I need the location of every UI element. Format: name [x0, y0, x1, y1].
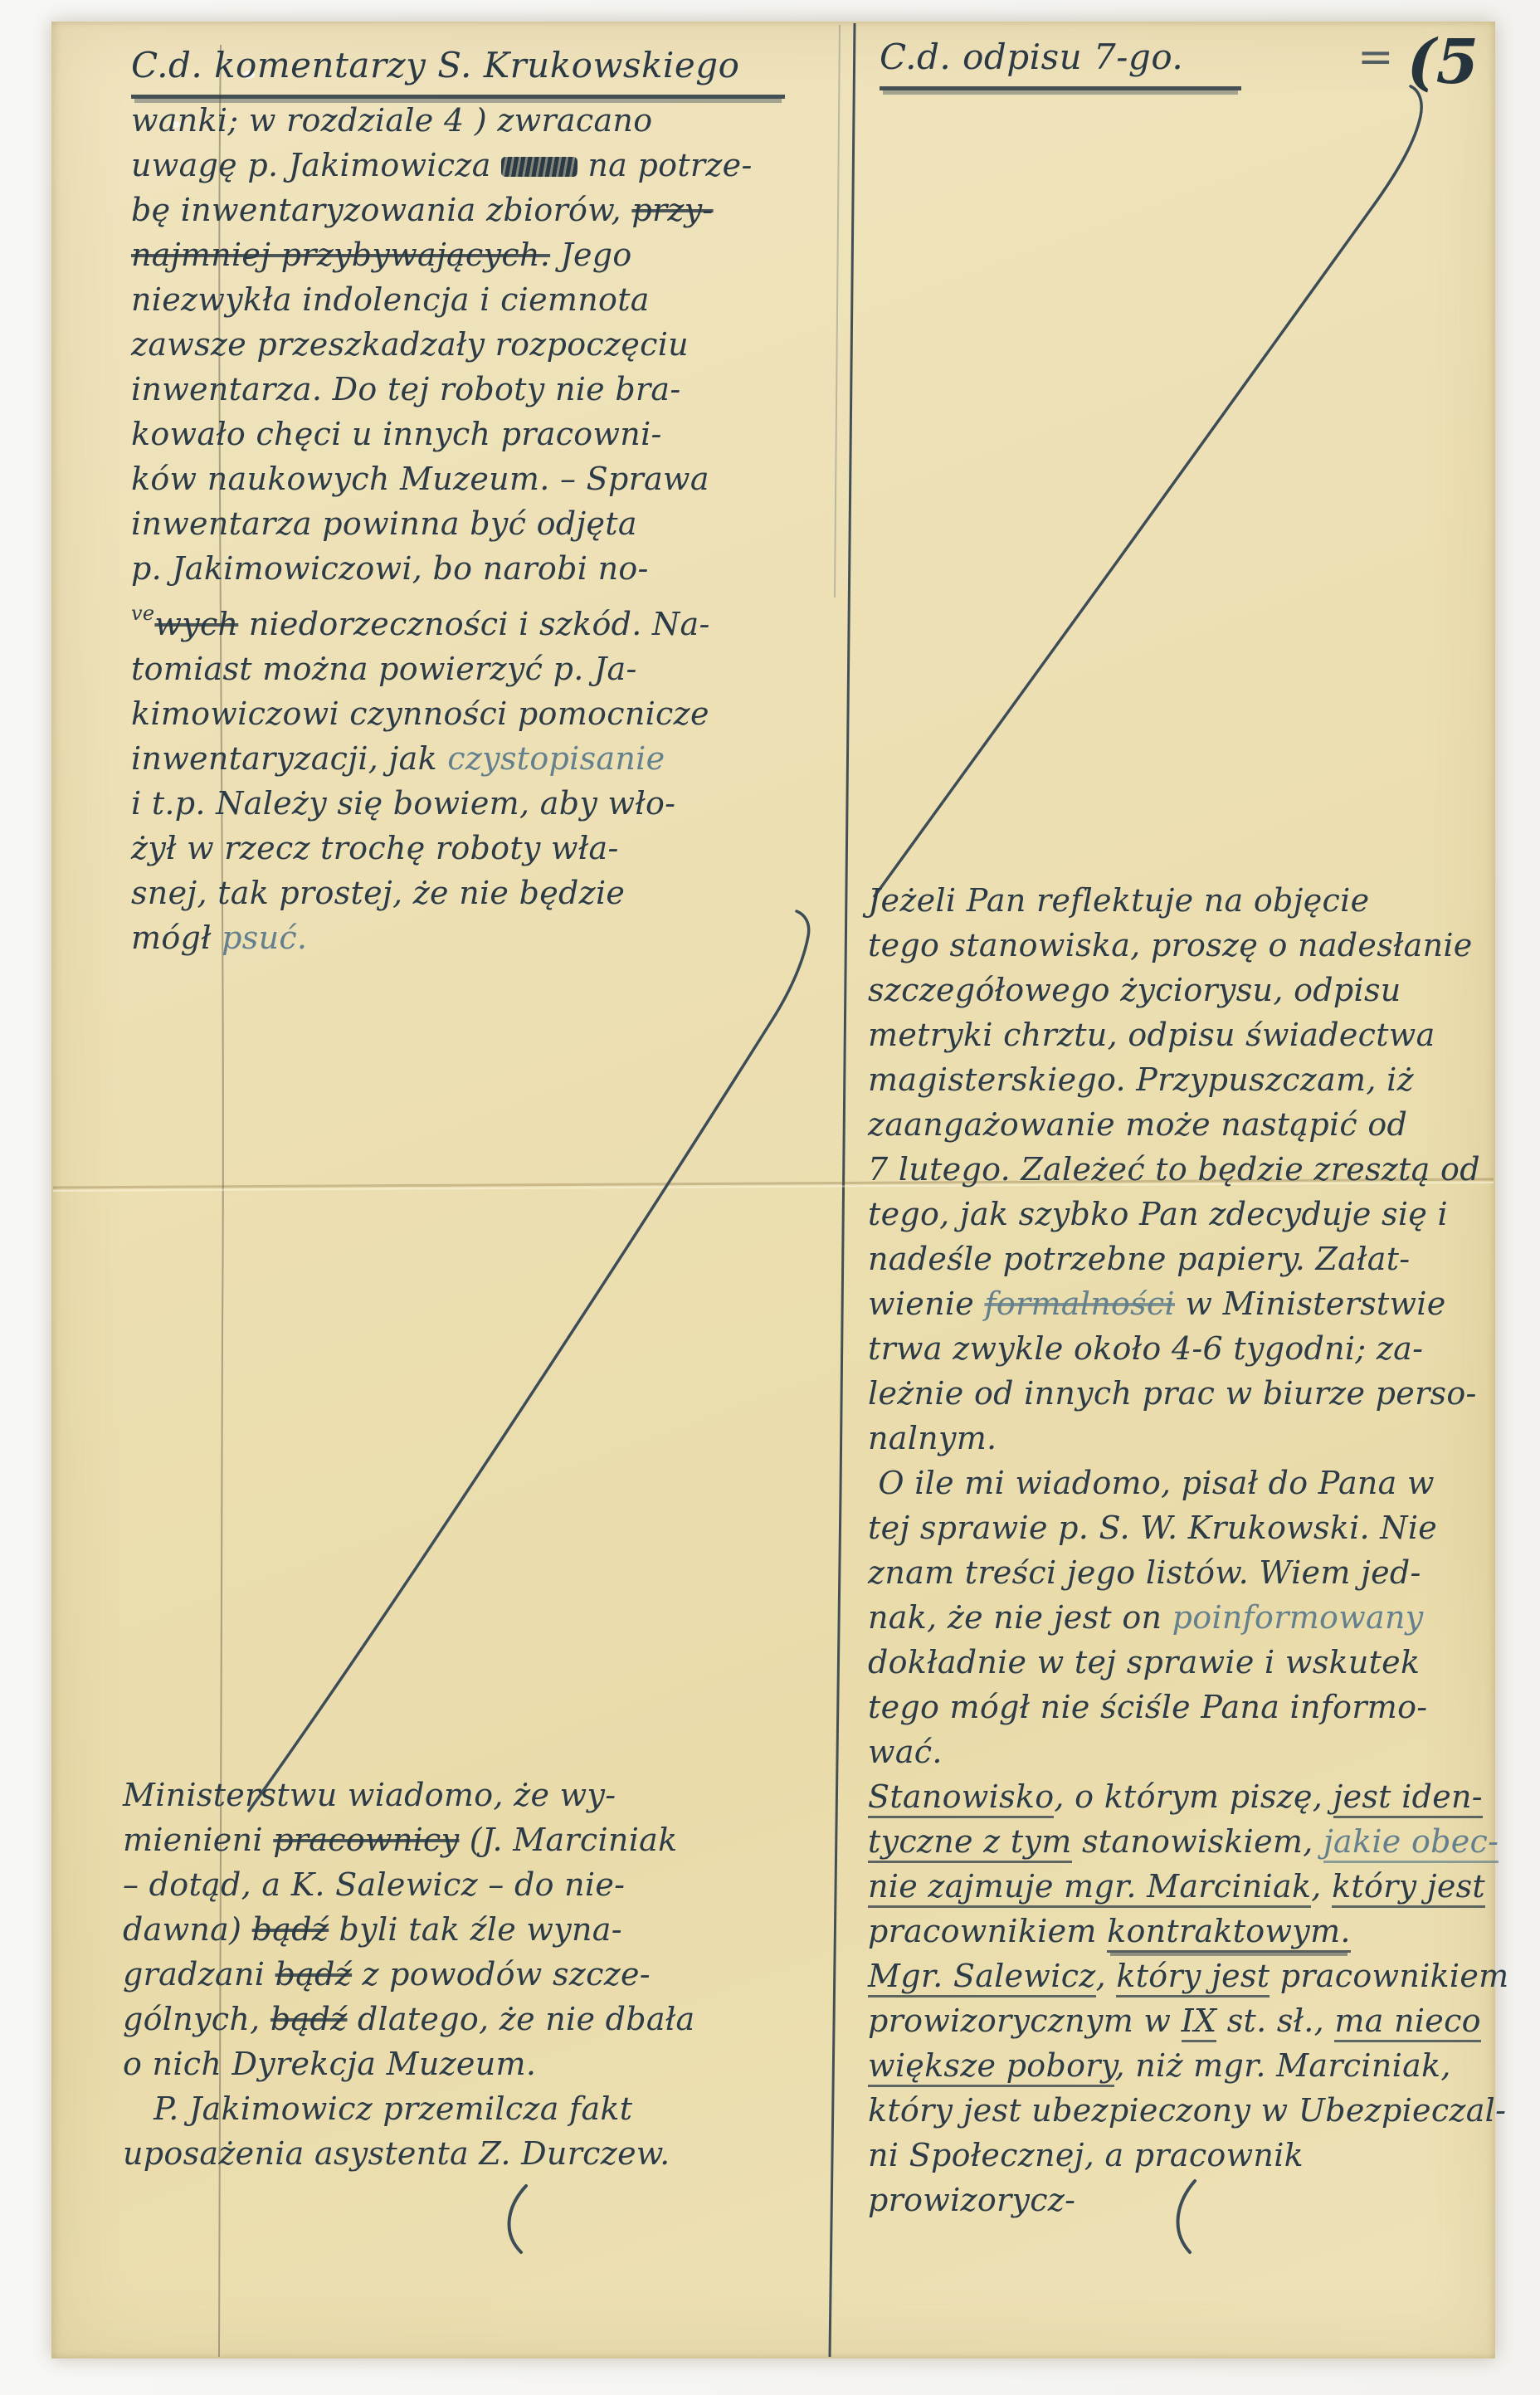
text-segment: Jeżeli Pan reflektuje na objęcie [868, 882, 1369, 919]
text-segment: który jest ubezpieczony w Ubezpieczal- [868, 2092, 1506, 2129]
text-segment: kontraktowym. [1107, 1913, 1351, 1953]
text-line: Jeżeli Pan reflektuje na objęcie [868, 878, 1515, 923]
text-segment: jakie obec- [1323, 1823, 1499, 1863]
text-line: tyczne z tym stanowiskiem, jakie obec- [868, 1819, 1515, 1864]
text-segment: tyczne z tym [868, 1823, 1072, 1863]
text-segment: dokładnie w tej sprawie i wskutek [868, 1644, 1420, 1680]
text-line: nalnym. [868, 1416, 1515, 1461]
text-segment: wych [154, 606, 238, 642]
page-number-equals-mark: = [1357, 28, 1394, 86]
text-segment: snej, tak prostej, że nie będzie [131, 875, 625, 911]
text-line: nak, że nie jest on poinformowany [868, 1595, 1515, 1640]
text-line: żył w rzecz trochę roboty wła- [131, 826, 861, 871]
text-line: inwentarza. Do tej roboty nie bra- [131, 367, 861, 412]
text-segment: niezwykła indolencja i ciemnota [131, 281, 650, 318]
text-segment: stanowiskiem, [1072, 1823, 1323, 1860]
text-segment: metryki chrztu, odpisu świadectwa [868, 1017, 1435, 1053]
text-segment: kimowiczowi czynności pomocnicze [131, 695, 709, 732]
text-segment: ni Społecznej, a pracownik prowizorycz- [868, 2137, 1313, 2218]
text-segment: niedorzeczności i szkód. Na- [238, 606, 709, 642]
text-segment: wienie [868, 1285, 984, 1322]
text-segment: dawna) [123, 1911, 252, 1948]
text-segment: tego mógł nie ściśle Pana informo- [868, 1689, 1427, 1725]
text-segment: – dotąd, a K. Salewicz – do nie- [123, 1866, 625, 1903]
text-line: metryki chrztu, odpisu świadectwa [868, 1012, 1515, 1057]
text-line: tego, jak szybko Pan zdecyduje się i [868, 1192, 1515, 1237]
text-segment: wanki; w rozdziale 4 ) zwracano [131, 102, 652, 139]
text-segment: leżnie od innych prac w biurze perso- [868, 1375, 1477, 1412]
text-segment: p. Jakimowiczowi, bo narobi no- [131, 550, 649, 587]
text-line: inwentarza powinna być odjęta [131, 501, 861, 546]
text-line: ni Społecznej, a pracownik prowizorycz- [868, 2133, 1515, 2222]
text-segment: prowizorycznym w [868, 2002, 1182, 2039]
text-line: Ministerstwu wiadomo, że wy- [123, 1773, 870, 1817]
text-line: wienie formalności w Ministerstwie [868, 1281, 1515, 1326]
text-segment: dlatego, że nie dbała [347, 2001, 694, 2037]
text-line: Stanowisko, o którym piszę, jest iden- [868, 1774, 1515, 1819]
text-segment: uwagę p. Jakimowicza [131, 147, 501, 183]
text-line: gradzani bądź z powodów szcze- [123, 1952, 870, 1997]
scanned-page: C.d. komentarzy S. Krukowskiego wanki; w… [0, 0, 1540, 2395]
text-line: tomiast można powierzyć p. Ja- [131, 646, 861, 691]
text-line: prowizorycznym w IX st. sł., ma nieco [868, 1998, 1515, 2043]
text-segment: pracownicy [273, 1822, 459, 1858]
text-segment: znam treści jego listów. Wiem jed- [868, 1554, 1421, 1591]
text-segment: czystopisanie [447, 740, 665, 777]
text-line: inwentaryzacji, jak czystopisanie [131, 736, 861, 781]
text-segment: formalności [984, 1285, 1175, 1322]
text-segment: gólnych, [123, 2001, 270, 2037]
text-segment: , [1311, 1868, 1332, 1905]
text-segment: Ministerstwu wiadomo, że wy- [123, 1777, 616, 1813]
text-line: o nich Dyrekcja Muzeum. [123, 2041, 870, 2086]
text-line: trwa zwykle około 4-6 tygodni; za- [868, 1326, 1515, 1371]
text-line: ków naukowych Muzeum. – Sprawa [131, 456, 861, 501]
text-segment: Mgr. Salewicz [868, 1958, 1096, 1997]
text-segment: wać. [868, 1734, 943, 1770]
text-segment: który jest [1332, 1868, 1485, 1908]
text-line: O ile mi wiadomo, pisał do Pana w [868, 1461, 1515, 1505]
text-line: tego mógł nie ściśle Pana informo- [868, 1685, 1515, 1729]
text-segment: szczegółowego życiorysu, odpisu [868, 972, 1401, 1008]
left-column-block-2: Ministerstwu wiadomo, że wy-mienieni pra… [123, 1773, 870, 2176]
text-line: 7 lutego. Zależeć to będzie zresztą od [868, 1147, 1515, 1192]
text-segment: tego, jak szybko Pan zdecyduje się i [868, 1196, 1448, 1232]
text-segment: bę inwentaryzowania zbiorów, [131, 192, 631, 228]
text-segment: i t.p. Należy się bowiem, aby wło- [131, 785, 675, 822]
text-segment: tej sprawie p. S. W. Krukowski. Nie [868, 1510, 1437, 1546]
text-segment: bądź [252, 1911, 329, 1948]
text-segment: uposażenia asystenta Z. Durczew. [123, 2135, 670, 2172]
text-line: zaangażowanie może nastąpić od [868, 1102, 1515, 1147]
text-line: leżnie od innych prac w biurze perso- [868, 1371, 1515, 1416]
text-segment: przy- [631, 192, 713, 228]
page-number-value: (5 [1407, 28, 1479, 96]
text-line: i t.p. Należy się bowiem, aby wło- [131, 781, 861, 826]
text-segment: , o którym piszę, [1054, 1778, 1333, 1815]
text-segment: psuć. [222, 919, 307, 956]
text-line: tej sprawie p. S. W. Krukowski. Nie [868, 1505, 1515, 1550]
text-line: mógł psuć. [131, 915, 861, 960]
text-line: zawsze przeszkadzały rozpoczęciu [131, 322, 861, 367]
text-line: – dotąd, a K. Salewicz – do nie- [123, 1862, 870, 1907]
text-line: najmniej przybywających. Jego [131, 232, 861, 277]
text-segment: zaangażowanie może nastąpić od [868, 1106, 1407, 1143]
text-segment: nak, że nie jest on [868, 1599, 1172, 1636]
illegible-scribble [501, 157, 577, 177]
right-column-header: C.d. odpisu 7-go. [880, 33, 1241, 90]
text-line: bę inwentaryzowania zbiorów, przy- [131, 188, 861, 232]
text-segment: magisterskiego. Przypuszczam, iż [868, 1061, 1414, 1098]
text-segment: st. sł., [1216, 2002, 1334, 2039]
text-segment: , niż mgr. Marciniak, [1114, 2047, 1450, 2084]
text-line: kowało chęci u innych pracowni- [131, 412, 861, 456]
text-segment: większe pobory [868, 2047, 1114, 2087]
text-line: pracownikiem kontraktowym. [868, 1909, 1515, 1954]
text-segment: pracownikiem [868, 1913, 1107, 1949]
text-segment: poinformowany [1172, 1599, 1424, 1636]
right-column-header-text: C.d. odpisu 7-go. [880, 33, 1241, 90]
text-segment: tego stanowiska, proszę o nadesłanie [868, 927, 1473, 963]
text-line: dawna) bądź byli tak źle wyna- [123, 1907, 870, 1952]
text-segment: mienieni [123, 1822, 273, 1858]
text-segment: IX [1182, 2002, 1217, 2042]
text-line: p. Jakimowiczowi, bo narobi no- [131, 546, 861, 591]
text-line: szczegółowego życiorysu, odpisu [868, 968, 1515, 1012]
text-segment: byli tak źle wyna- [329, 1911, 622, 1948]
text-line: który jest ubezpieczony w Ubezpieczal- [868, 2088, 1515, 2133]
text-segment: , [1096, 1958, 1117, 1994]
text-segment: inwentarza. Do tej roboty nie bra- [131, 371, 681, 407]
text-segment: ma nieco [1334, 2002, 1480, 2042]
text-line: znam treści jego listów. Wiem jed- [868, 1550, 1515, 1595]
text-segment: inwentaryzacji, jak [131, 740, 447, 777]
text-segment: inwentarza powinna być odjęta [131, 505, 637, 542]
text-line: nadeśle potrzebne papiery. Załat- [868, 1237, 1515, 1281]
page-number: = (5 [1357, 28, 1479, 96]
text-segment: bądź [275, 1956, 353, 1993]
text-line: mienieni pracownicy (J. Marciniak [123, 1817, 870, 1862]
text-segment: nadeśle potrzebne papiery. Załat- [868, 1241, 1410, 1277]
text-line: niezwykła indolencja i ciemnota [131, 277, 861, 322]
text-line: gólnych, bądź dlatego, że nie dbała [123, 1997, 870, 2041]
text-segment: z powodów szcze- [352, 1956, 651, 1993]
text-segment: (J. Marciniak [459, 1822, 677, 1858]
text-segment: P. Jakimowicz przemilcza fakt [123, 2090, 632, 2127]
text-segment: O ile mi wiadomo, pisał do Pana w [868, 1465, 1435, 1501]
text-segment: Jego [550, 237, 632, 273]
text-line: tego stanowiska, proszę o nadesłanie [868, 923, 1515, 968]
text-segment: gradzani [123, 1956, 275, 1993]
text-line: dokładnie w tej sprawie i wskutek [868, 1640, 1515, 1685]
text-segment: ve [131, 602, 154, 625]
text-segment: nalnym. [868, 1420, 997, 1456]
text-line: uwagę p. Jakimowicza na potrze- [131, 143, 861, 188]
right-column-block-1: Jeżeli Pan reflektuje na objęcietego sta… [868, 878, 1515, 2222]
text-segment: o nich Dyrekcja Muzeum. [123, 2046, 536, 2082]
text-line: magisterskiego. Przypuszczam, iż [868, 1057, 1515, 1102]
text-segment: jest iden- [1333, 1778, 1483, 1818]
text-segment: pracownikiem [1270, 1958, 1508, 1994]
text-segment: najmniej przybywających. [131, 237, 550, 273]
text-line: nie zajmuje mgr. Marciniak, który jest [868, 1864, 1515, 1909]
text-line: wanki; w rozdziale 4 ) zwracano [131, 98, 861, 143]
text-line: większe pobory, niż mgr. Marciniak, [868, 2043, 1515, 2088]
text-segment: kowało chęci u innych pracowni- [131, 416, 662, 452]
text-segment: w Ministerstwie [1175, 1285, 1446, 1322]
text-line: wać. [868, 1729, 1515, 1774]
text-line: snej, tak prostej, że nie będzie [131, 871, 861, 915]
text-segment: nie zajmuje mgr. Marciniak [868, 1868, 1311, 1908]
text-segment: zawsze przeszkadzały rozpoczęciu [131, 326, 689, 363]
text-segment: żył w rzecz trochę roboty wła- [131, 830, 619, 866]
text-line: Mgr. Salewicz, który jest pracownikiem [868, 1954, 1515, 1998]
left-column-block-1: wanki; w rozdziale 4 ) zwracanouwagę p. … [131, 98, 861, 960]
text-line: kimowiczowi czynności pomocnicze [131, 691, 861, 736]
text-segment: bądź [270, 2001, 348, 2037]
text-segment: który jest [1116, 1958, 1270, 1997]
left-column-header: C.d. komentarzy S. Krukowskiego [131, 41, 785, 99]
text-line: vewych niedorzeczności i szkód. Na- [131, 591, 861, 646]
text-line: P. Jakimowicz przemilcza fakt [123, 2086, 870, 2131]
left-column-header-text: C.d. komentarzy S. Krukowskiego [131, 41, 785, 99]
text-line: uposażenia asystenta Z. Durczew. [123, 2131, 870, 2176]
text-segment: na potrze- [577, 147, 753, 183]
text-segment: 7 lutego. Zależeć to będzie zresztą od [868, 1151, 1480, 1188]
text-segment: ków naukowych Muzeum. – Sprawa [131, 461, 709, 497]
text-segment: trwa zwykle około 4-6 tygodni; za- [868, 1330, 1423, 1367]
text-segment: mógł [131, 919, 222, 956]
text-segment: tomiast można powierzyć p. Ja- [131, 651, 637, 687]
text-segment: Stanowisko [868, 1778, 1054, 1818]
